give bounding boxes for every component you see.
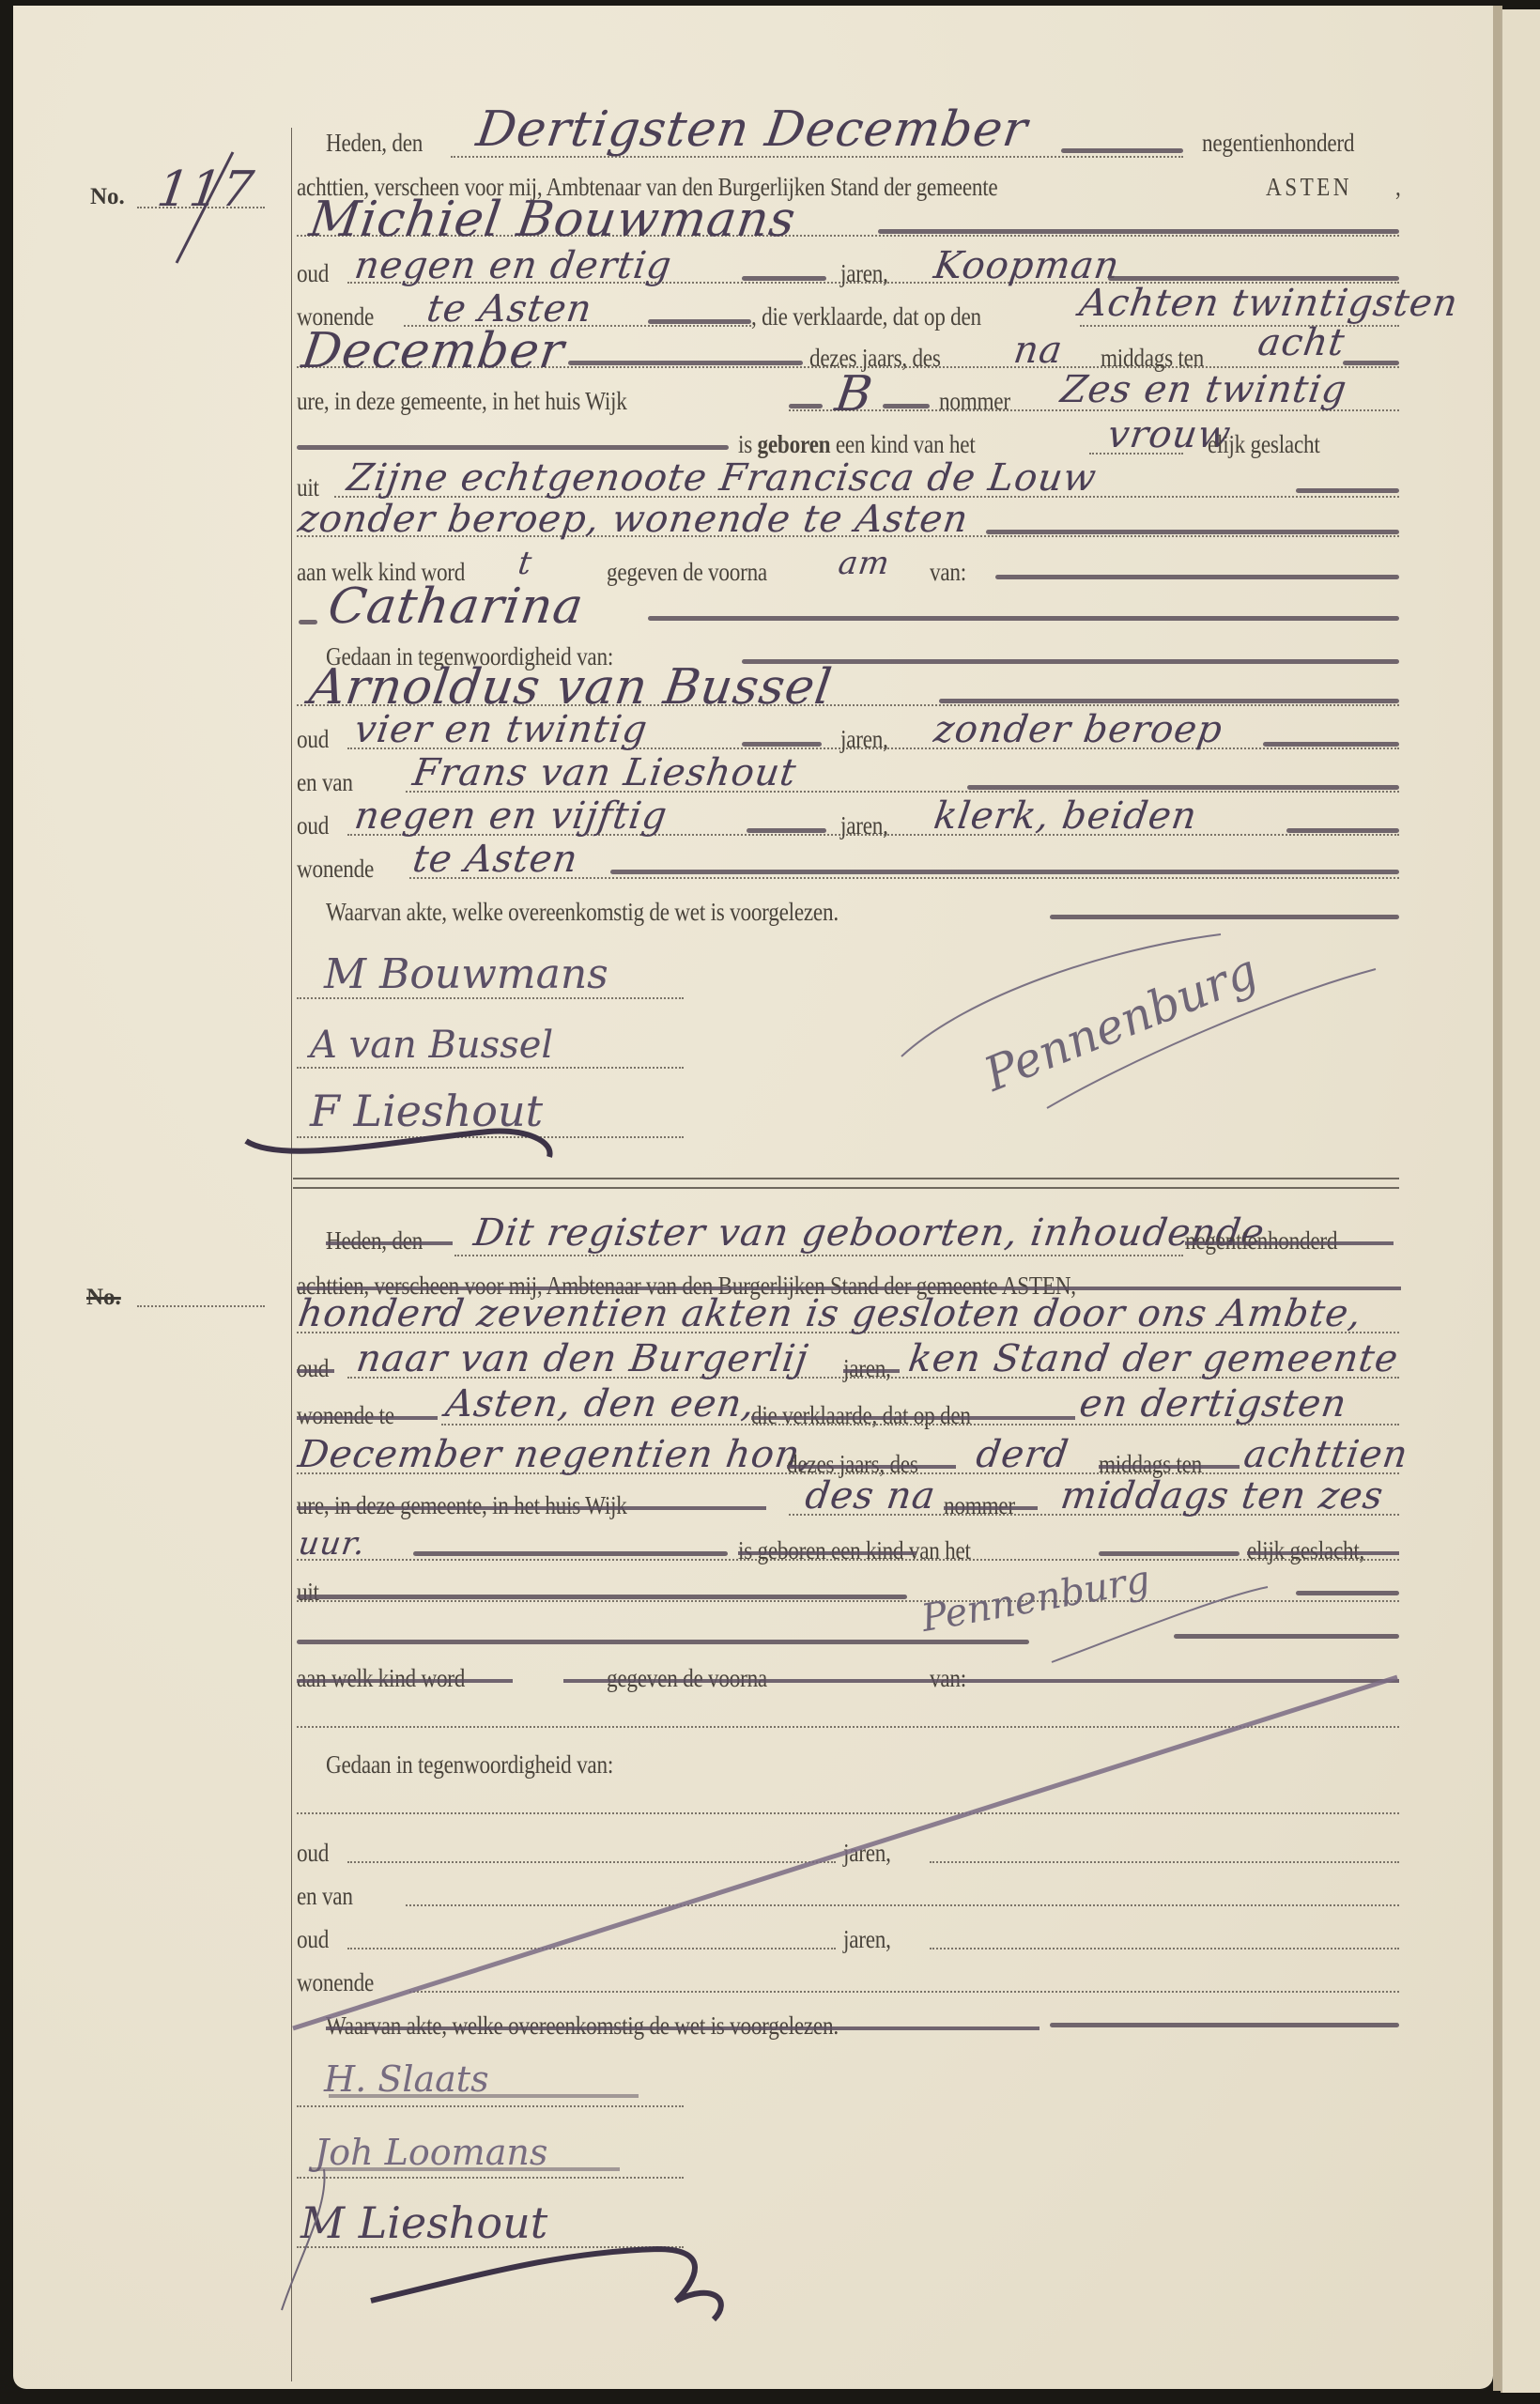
fill-line: [297, 1595, 907, 1599]
print-municipality: ASTEN: [1266, 173, 1352, 202]
strike-line: [1099, 1465, 1240, 1469]
signature-dotline: [297, 1067, 684, 1069]
print-jaren: jaren,: [843, 1839, 891, 1868]
signature-witness-c: M Lieshout: [300, 2197, 547, 2248]
print-oud: oud: [297, 259, 329, 288]
print-oud: oud: [297, 1925, 329, 1954]
fill-line: [648, 616, 1399, 621]
fill-line: [986, 530, 1399, 534]
hand-closing-2: honderd zeventien akten is gesloten door…: [296, 1292, 1364, 1335]
fill-line: [610, 870, 1399, 874]
print-gedaan: Gedaan in tegenwoordigheid van:: [326, 1750, 613, 1780]
dotline: [297, 1600, 1399, 1602]
strike-line: [1185, 1241, 1394, 1245]
fill-line: [747, 828, 826, 833]
fill-line: [789, 404, 823, 408]
fill-line: [742, 659, 1399, 664]
fill-line: [299, 620, 317, 624]
fill-line: [1263, 742, 1399, 747]
print-heden: Heden, den: [326, 129, 423, 158]
hand-birth-hour: acht: [1255, 321, 1348, 364]
print-verklaarde: , die verklaarde, dat op den: [751, 302, 981, 331]
margin-rule: [291, 128, 292, 2381]
entry-separator: [293, 1178, 1399, 1189]
fill-line: [1343, 361, 1399, 365]
number-dotline: [137, 1305, 265, 1307]
entry-number-label: No.: [90, 184, 125, 210]
hand-child-name: Catharina: [325, 578, 588, 635]
strike-line: [297, 1506, 766, 1510]
fill-line: [742, 742, 822, 747]
fill-line: [939, 699, 1399, 703]
print-jaren: jaren,: [840, 725, 888, 754]
strike-line: [751, 1416, 1075, 1420]
hand-birth-day: Achten twintigsten: [1077, 282, 1461, 325]
strike-line: [297, 1416, 438, 1420]
strike-line: [787, 1465, 956, 1469]
fill-line: [648, 319, 751, 324]
strike-line: [843, 1369, 900, 1373]
signature-witness2: F Lieshout: [310, 1086, 543, 1136]
hand-birth-month: December: [299, 323, 568, 379]
hand-closing-4a: Asten, den een,: [443, 1382, 758, 1425]
print-jaren: jaren,: [843, 1925, 891, 1954]
fill-line: [1296, 1591, 1399, 1595]
fill-line: [1296, 488, 1399, 493]
print-waarvan-akte: Waarvan akte, welke overeenkomstig de we…: [326, 898, 839, 927]
hand-witnesses-residence: te Asten: [410, 838, 581, 881]
hand-witness1-age: vier en twintig: [352, 708, 651, 751]
hand-closing-3b: ken Stand der gemeente: [906, 1337, 1401, 1380]
print-is: is: [738, 430, 752, 458]
dotline: [297, 1812, 1399, 1814]
print-huis-wijk: ure, in deze gemeente, in het huis Wijk: [297, 387, 627, 416]
hand-closing-5c: achttien: [1241, 1433, 1411, 1476]
print-jaren: jaren,: [840, 259, 888, 288]
print-year: negentienhonderd: [1202, 129, 1354, 158]
strike-line: [326, 2026, 1039, 2030]
hand-closing-1: Dit register van geboorten, inhoudende: [471, 1211, 1268, 1255]
fill-line: [995, 575, 1399, 579]
dotline: [409, 1991, 1399, 1993]
print-wonende: wonende: [297, 1968, 374, 1997]
hand-closing-4b: en dertigsten: [1077, 1382, 1350, 1425]
print-oud: oud: [297, 811, 329, 840]
strike-line: [944, 1506, 1038, 1510]
fill-line: [297, 1640, 1029, 1644]
print-kind-van-het: een kind van het: [836, 430, 976, 458]
entry-number: 117: [154, 162, 258, 218]
hand-ampm: na: [1011, 329, 1066, 372]
hand-date: Dertigsten December: [473, 101, 1032, 158]
fill-line: [1286, 828, 1399, 833]
signature-dotline: [297, 2105, 684, 2107]
hand-witness2-age: negen en vijftig: [352, 794, 670, 838]
strike-line: [563, 1679, 1399, 1683]
hand-declarant-name: Michiel Bouwmans: [306, 192, 799, 248]
fill-line: [1174, 1634, 1399, 1639]
print-oud: oud: [297, 725, 329, 754]
print-en-van: en van: [297, 1882, 353, 1911]
signature-witness1: A van Bussel: [310, 1024, 553, 1067]
fill-line: [967, 785, 1399, 790]
print-geboren-line: is geboren een kind van het: [738, 430, 976, 459]
fill-line: [883, 404, 930, 408]
hand-witness2-name: Frans van Lieshout: [410, 751, 799, 794]
dotline: [930, 1948, 1399, 1949]
dotline: [347, 1948, 836, 1949]
fill-line: [297, 445, 729, 450]
print-comma: ,: [1395, 173, 1401, 202]
strike-line: [297, 1679, 513, 1683]
fill-line: [568, 361, 803, 365]
strike-line: [329, 2094, 639, 2098]
strike-line: [297, 1369, 334, 1373]
print-van: van:: [930, 558, 966, 587]
print-geboren: geboren: [758, 430, 831, 458]
print-uit-struck: uit: [297, 1578, 319, 1607]
hand-witness2-occupation: klerk, beiden: [932, 794, 1200, 838]
print-jaren: jaren,: [840, 811, 888, 840]
hand-mother-detail: zonder beroep, wonende te Asten: [296, 498, 972, 541]
strike-line: [326, 1241, 453, 1245]
entry-number-label-struck: No.: [86, 1285, 121, 1311]
adjacent-page-edge: [1501, 9, 1540, 2393]
strike-line: [310, 2167, 620, 2171]
dotline: [347, 1861, 836, 1863]
strike-line: [738, 1551, 916, 1555]
fill-line: [742, 276, 826, 281]
hand-closing-5b: derd: [974, 1433, 1071, 1476]
hand-closing-6b: middags ten zes: [1058, 1474, 1387, 1518]
dotline: [930, 1861, 1399, 1863]
dotline: [297, 1726, 1399, 1728]
hand-witness1-name: Arnoldus van Bussel: [306, 659, 836, 716]
print-en-van: en van: [297, 768, 353, 797]
strike-line: [1247, 1551, 1399, 1555]
print-nommer: nommer: [939, 387, 1010, 416]
fill-line: [878, 229, 1399, 234]
print-geslacht: elijk geslacht: [1208, 430, 1320, 459]
fill-line: [1050, 2023, 1399, 2027]
fill-line: [1050, 915, 1399, 919]
dotline: [1080, 325, 1399, 327]
strike-line: [297, 1287, 1401, 1290]
print-voorna: gegeven de voorna: [607, 558, 767, 587]
hand-closing-5a: December negentien hon,: [296, 1433, 816, 1476]
print-oud: oud: [297, 1839, 329, 1868]
hand-closing-3a: naar van den Burgerlij: [354, 1337, 811, 1380]
fill-line: [1061, 148, 1183, 153]
fill-line: [1108, 276, 1399, 281]
dotline: [406, 1904, 1399, 1906]
hand-house-number: Zes en twintig: [1058, 368, 1350, 411]
hand-am: am: [836, 545, 892, 582]
signature-declarant: M Bouwmans: [324, 950, 608, 998]
hand-witness1-occupation: zonder beroep: [932, 708, 1225, 751]
hand-closing-6a: des na: [803, 1474, 939, 1518]
fill-line: [1099, 1551, 1240, 1556]
hand-declarant-age: negen en dertig: [352, 244, 675, 287]
signature-dotline: [297, 2177, 684, 2179]
fill-line: [413, 1551, 728, 1556]
dotline: [454, 1255, 1183, 1256]
hand-mother: Zijne echtgenoote Francisca de Louw: [345, 456, 1100, 500]
print-wonende: wonende: [297, 855, 374, 884]
signature-dotline: [297, 1136, 684, 1138]
hand-closing-7: uur.: [296, 1525, 368, 1563]
